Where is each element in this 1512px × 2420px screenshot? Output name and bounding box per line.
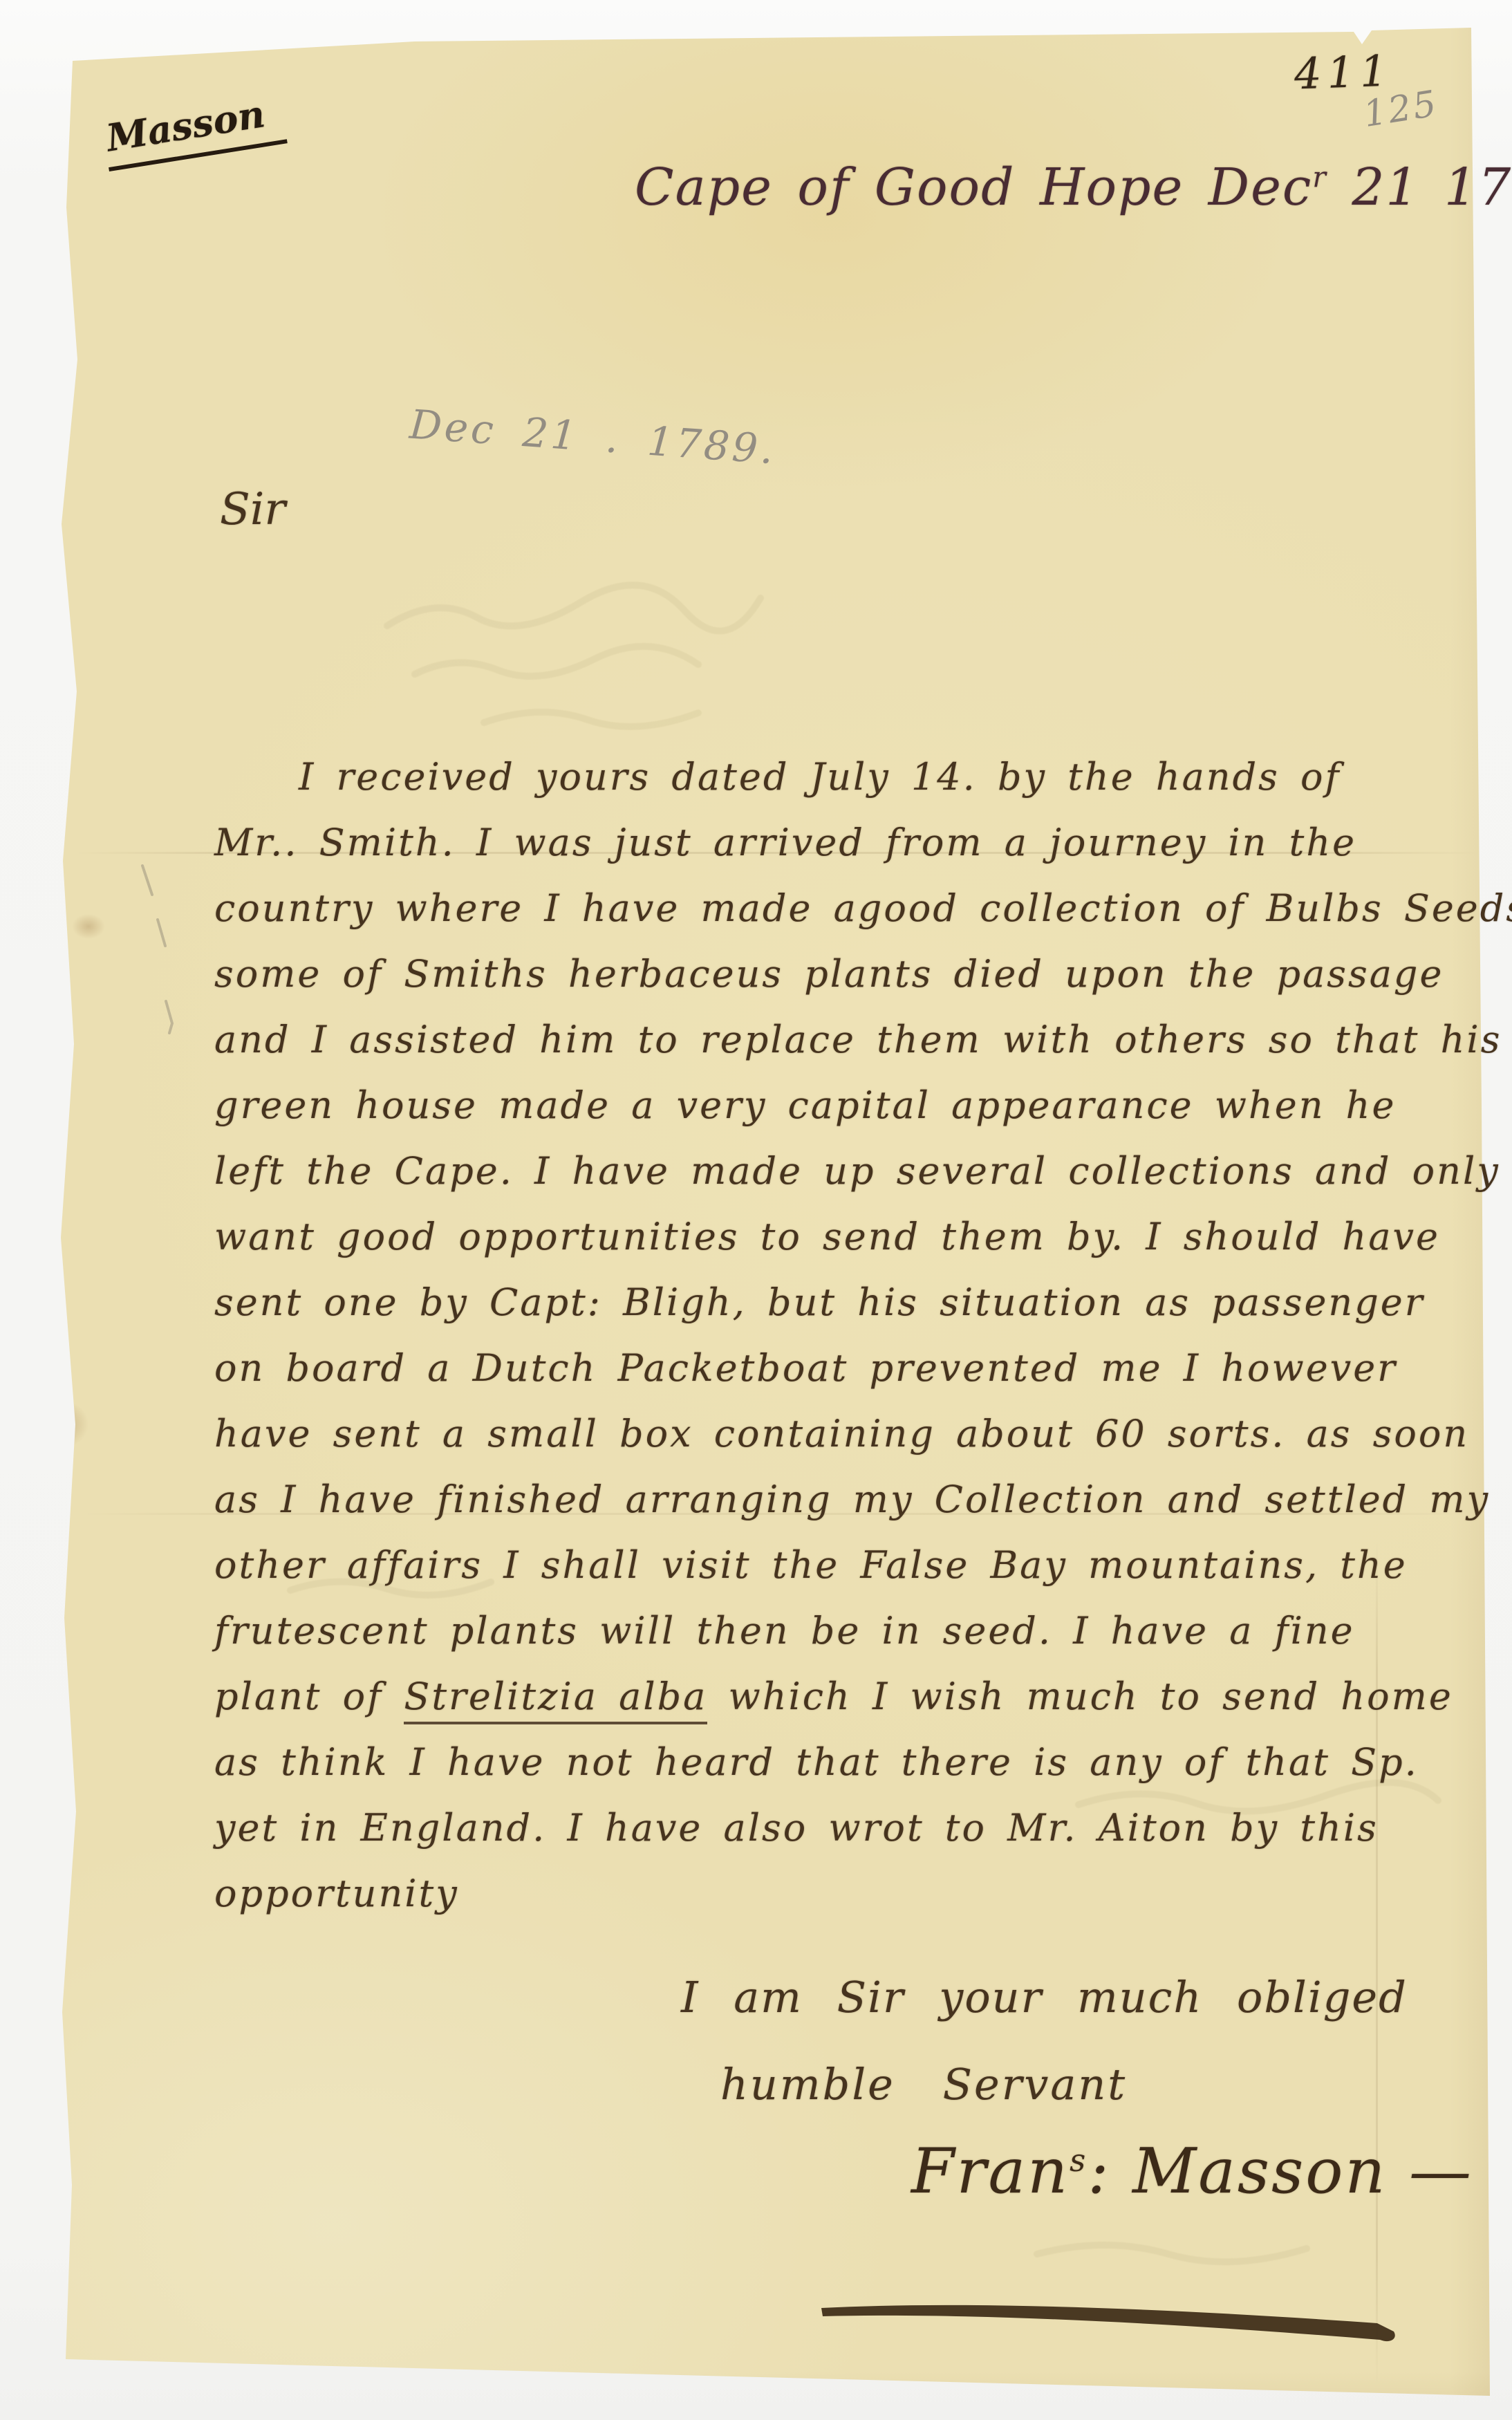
body-line: yet in England. I have also wrot to Mr. …	[214, 1806, 1512, 1872]
letter-body: I received yours dated July 14. by the h…	[214, 755, 1512, 1937]
body-line: and I assisted him to replace them with …	[214, 1018, 1512, 1083]
body-line-pre: plant of	[214, 1675, 404, 1718]
body-line: as think I have not heard that there is …	[214, 1740, 1512, 1806]
body-line: green house made a very capital appearan…	[214, 1083, 1512, 1149]
body-line-post: which I wish much to send home	[707, 1675, 1453, 1718]
body-line: frutescent plants will then be in seed. …	[214, 1609, 1512, 1675]
body-line: other affairs I shall visit the False Ba…	[214, 1543, 1512, 1609]
body-line: as I have finished arranging my Collecti…	[214, 1478, 1512, 1543]
body-line: on board a Dutch Packetboat prevented me…	[214, 1346, 1512, 1412]
body-line: left the Cape. I have made up several co…	[214, 1149, 1512, 1215]
dateline: Cape of Good Hope Decr 21 1789	[635, 158, 1512, 217]
body-line: opportunity	[214, 1872, 1512, 1937]
dateline-day-year: 21 1789	[1327, 158, 1512, 217]
closing-line-1: I am Sir your much obliged	[681, 1972, 1408, 2022]
signature-superscript: s	[1070, 2142, 1088, 2179]
body-line: Mr.. Smith. I was just arrived from a jo…	[214, 821, 1512, 886]
signature: Frans: Masson —	[911, 2135, 1473, 2208]
body-line: country where I have made agood collecti…	[214, 886, 1512, 952]
body-line: want good opportunities to send them by.…	[214, 1215, 1512, 1281]
salutation: Sir	[220, 484, 286, 535]
underlined-species-name: Strelitzia alba	[404, 1675, 707, 1724]
body-line: I received yours dated July 14. by the h…	[214, 755, 1512, 821]
body-line: some of Smiths herbaceus plants died upo…	[214, 952, 1512, 1018]
body-line-strelitzia: plant of Strelitzia alba which I wish mu…	[214, 1675, 1512, 1740]
body-line: sent one by Capt: Bligh, but his situati…	[214, 1281, 1512, 1346]
body-line: have sent a small box containing about 6…	[214, 1412, 1512, 1478]
dateline-superscript: r	[1312, 160, 1327, 194]
closing-line-2: humble Servant	[720, 2059, 1127, 2110]
letter-scan: Masson 411 125 Cape of Good Hope Decr 21…	[0, 0, 1512, 2420]
signature-forename: Fran	[911, 2135, 1070, 2208]
dateline-place-month: Cape of Good Hope Dec	[635, 158, 1312, 217]
signature-surname: : Masson —	[1088, 2135, 1473, 2208]
